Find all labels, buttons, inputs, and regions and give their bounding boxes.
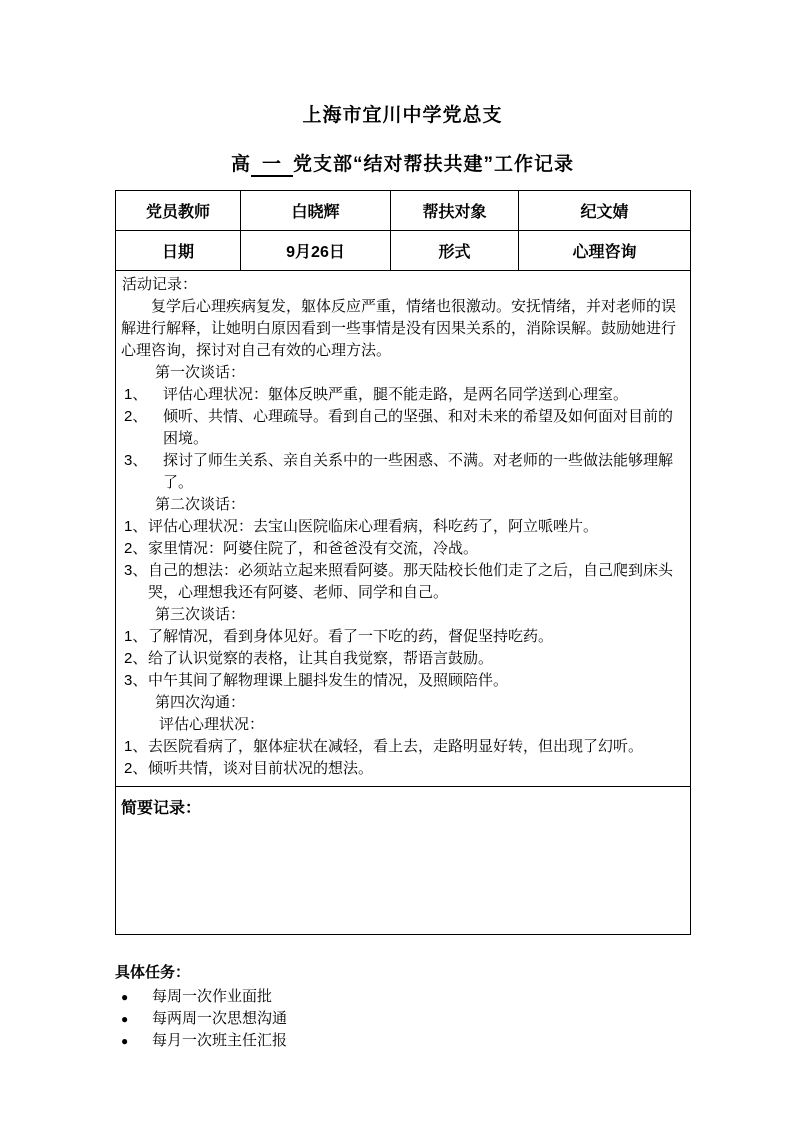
list-number: 3、 xyxy=(124,670,147,692)
list-text: 倾听共情，谈对目前状况的想法。 xyxy=(148,760,373,777)
activity-line: 第四次沟通： xyxy=(121,692,685,714)
list-number: 1、 xyxy=(124,384,147,406)
activity-line: 2、倾听共情，谈对目前状况的想法。 xyxy=(121,758,685,780)
doc-subtitle: 高一党支部“结对帮扶共建”工作记录 xyxy=(115,127,690,190)
activity-line: 3、探讨了师生关系、亲自关系中的一些困惑、不满。对老师的一些做法能够理解了。 xyxy=(121,450,685,494)
list-number: 1、 xyxy=(124,736,147,758)
activity-row: 活动记录： 复学后心理疾病复发，躯体反应严重，情绪也很激动。安抚情绪，并对老师的… xyxy=(116,270,691,786)
activity-record-cell: 活动记录： 复学后心理疾病复发，躯体反应严重，情绪也很激动。安抚情绪，并对老师的… xyxy=(116,270,691,786)
list-number: 2、 xyxy=(124,758,147,780)
activity-line: 3、自己的想法：必须站立起来照看阿婆。那天陆校长他们走了之后，自己爬到床头哭，心… xyxy=(121,560,685,604)
party-teacher-label: 党员教师 xyxy=(116,190,241,230)
task-item: ●每月一次班主任汇报 xyxy=(115,1030,690,1052)
doc-subtitle-suffix: 党支部“结对帮扶共建”工作记录 xyxy=(293,154,574,175)
bullet-icon: ● xyxy=(121,1030,128,1052)
list-text: 评估心理状况：躯体反映严重，腿不能走路，是两名同学送到心理室。 xyxy=(163,386,628,403)
document-page: 上海市宜川中学党总支 高一党支部“结对帮扶共建”工作记录 党员教师 白晓辉 帮扶… xyxy=(0,0,793,1122)
list-number: 2、 xyxy=(124,538,147,560)
list-text: 评估心理状况：去宝山医院临床心理看病，科吃药了，阿立哌唑片。 xyxy=(148,518,598,535)
activity-line: 1、评估心理状况：去宝山医院临床心理看病，科吃药了，阿立哌唑片。 xyxy=(121,516,685,538)
document-content: 上海市宜川中学党总支 高一党支部“结对帮扶共建”工作记录 党员教师 白晓辉 帮扶… xyxy=(115,0,690,1052)
record-table: 党员教师 白晓辉 帮扶对象 纪文婧 日期 9月26日 形式 心理咨询 活动记录：… xyxy=(115,190,691,935)
list-text: 了解情况，看到身体见好。看了一下吃的药，督促坚持吃药。 xyxy=(148,628,553,645)
help-target-value: 纪文婧 xyxy=(519,190,691,230)
list-text: 去医院看病了，躯体症状在减轻，看上去，走路明显好转，但出现了幻听。 xyxy=(148,738,643,755)
activity-line: 2、给了认识觉察的表格，让其自我觉察，帮语言鼓励。 xyxy=(121,648,685,670)
list-text: 中午其间了解物理课上腿抖发生的情况，及照顾陪伴。 xyxy=(148,672,508,689)
form-label: 形式 xyxy=(391,230,519,270)
activity-record-label: 活动记录： xyxy=(121,274,685,296)
activity-line: 2、倾听、共情、心理疏导。看到自己的坚强、和对未来的希望及如何面对目前的困境。 xyxy=(121,406,685,450)
activity-line: 1、去医院看病了，躯体症状在减轻，看上去，走路明显好转，但出现了幻听。 xyxy=(121,736,685,758)
grade-fill-underline: 一 xyxy=(251,155,293,177)
brief-record-cell: 简要记录： xyxy=(116,786,691,934)
info-row-1: 党员教师 白晓辉 帮扶对象 纪文婧 xyxy=(116,190,691,230)
date-value: 9月26日 xyxy=(241,230,391,270)
task-text: 每周一次作业面批 xyxy=(152,988,272,1005)
list-number: 2、 xyxy=(124,648,147,670)
activity-line: 评估心理状况： xyxy=(121,714,685,736)
task-item: ●每周一次作业面批 xyxy=(115,986,690,1008)
doc-title: 上海市宜川中学党总支 xyxy=(115,0,690,127)
activity-line: 1、了解情况，看到身体见好。看了一下吃的药，督促坚持吃药。 xyxy=(121,626,685,648)
doc-subtitle-prefix: 高 xyxy=(231,154,251,175)
activity-line: 第二次谈话： xyxy=(121,494,685,516)
list-text: 探讨了师生关系、亲自关系中的一些困惑、不满。对老师的一些做法能够理解了。 xyxy=(163,452,673,491)
bullet-icon: ● xyxy=(121,986,128,1008)
list-number: 2、 xyxy=(124,406,147,428)
list-number: 1、 xyxy=(124,626,147,648)
task-item: ●每两周一次思想沟通 xyxy=(115,1008,690,1030)
list-text: 家里情况：阿婆住院了，和爸爸没有交流，冷战。 xyxy=(148,540,478,557)
activity-line: 2、家里情况：阿婆住院了，和爸爸没有交流，冷战。 xyxy=(121,538,685,560)
list-text: 倾听、共情、心理疏导。看到自己的坚强、和对未来的希望及如何面对目前的困境。 xyxy=(163,408,673,447)
list-text: 给了认识觉察的表格，让其自我觉察，帮语言鼓励。 xyxy=(148,650,493,667)
task-text: 每两周一次思想沟通 xyxy=(152,1010,287,1027)
task-list: ●每周一次作业面批●每两周一次思想沟通●每月一次班主任汇报 xyxy=(115,986,690,1052)
party-teacher-value: 白晓辉 xyxy=(241,190,391,230)
tasks-title: 具体任务： xyxy=(115,962,690,984)
tasks-section: 具体任务： ●每周一次作业面批●每两周一次思想沟通●每月一次班主任汇报 xyxy=(115,962,690,1052)
activity-line: 第一次谈话： xyxy=(121,362,685,384)
date-label: 日期 xyxy=(116,230,241,270)
list-number: 3、 xyxy=(124,450,147,472)
brief-record-label: 简要记录： xyxy=(121,795,685,818)
activity-line: 3、中午其间了解物理课上腿抖发生的情况，及照顾陪伴。 xyxy=(121,670,685,692)
form-value: 心理咨询 xyxy=(519,230,691,270)
brief-row: 简要记录： xyxy=(116,786,691,934)
list-number: 1、 xyxy=(124,516,147,538)
activity-line: 第三次谈话： xyxy=(121,604,685,626)
bullet-icon: ● xyxy=(121,1008,128,1030)
activity-line: 复学后心理疾病复发，躯体反应严重，情绪也很激动。安抚情绪，并对老师的误解进行解释… xyxy=(121,296,685,362)
list-number: 3、 xyxy=(124,560,147,582)
info-row-2: 日期 9月26日 形式 心理咨询 xyxy=(116,230,691,270)
help-target-label: 帮扶对象 xyxy=(391,190,519,230)
activity-line: 1、评估心理状况：躯体反映严重，腿不能走路，是两名同学送到心理室。 xyxy=(121,384,685,406)
task-text: 每月一次班主任汇报 xyxy=(152,1032,287,1049)
list-text: 自己的想法：必须站立起来照看阿婆。那天陆校长他们走了之后，自己爬到床头哭，心理想… xyxy=(148,562,673,601)
activity-record-content: 复学后心理疾病复发，躯体反应严重，情绪也很激动。安抚情绪，并对老师的误解进行解释… xyxy=(121,296,685,780)
